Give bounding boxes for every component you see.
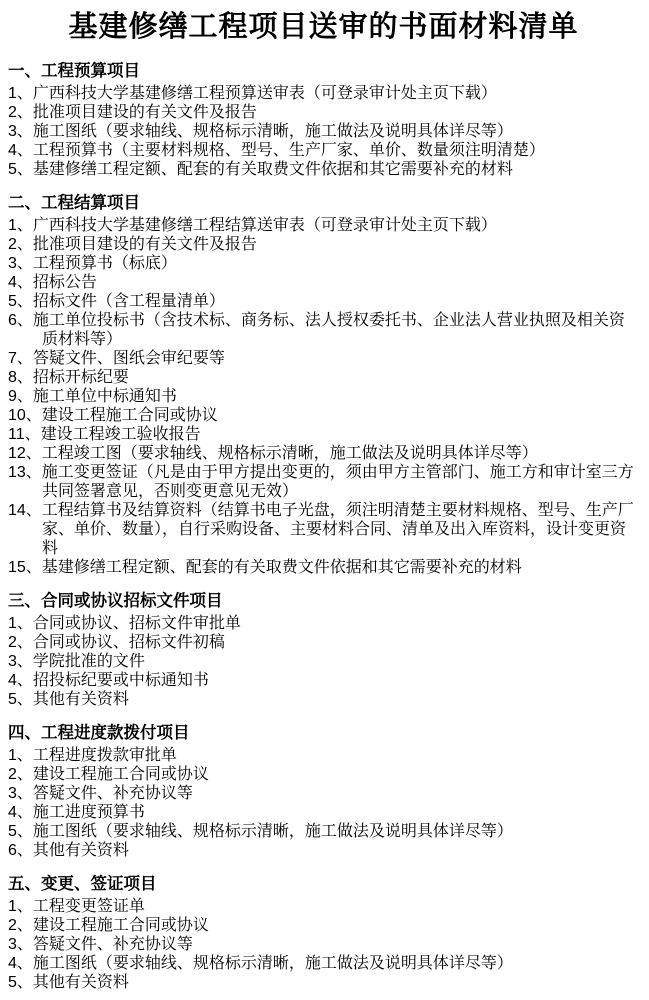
page-title: 基建修缮工程项目送审的书面材料清单 [8, 8, 639, 46]
list-item: 5、招标文件（含工程量清单） [8, 292, 639, 311]
list-item: 4、招标公告 [8, 273, 639, 292]
list-item: 12、工程竣工图（要求轴线、规格标示清晰，施工做法及说明具体详尽等） [8, 444, 639, 463]
section-progress-payment: 四、工程进度款拨付项目 1、工程进度拨款审批单 2、建设工程施工合同或协议 3、… [8, 724, 639, 860]
section-heading: 四、工程进度款拨付项目 [8, 724, 639, 743]
list-item: 4、工程预算书（主要材料规格、型号、生产厂家、单价、数量须注明清楚） [8, 141, 639, 160]
list-item: 2、建设工程施工合同或协议 [8, 916, 639, 935]
section-heading: 五、变更、签证项目 [8, 875, 639, 894]
list-item: 1、工程进度拨款审批单 [8, 746, 639, 765]
list-item: 1、合同或协议、招标文件审批单 [8, 614, 639, 633]
list-item: 1、广西科技大学基建修缮工程预算送审表（可登录审计处主页下载） [8, 84, 639, 103]
list-item: 11、建设工程竣工验收报告 [8, 425, 639, 444]
list-item: 3、工程预算书（标底） [8, 254, 639, 273]
document-page: 基建修缮工程项目送审的书面材料清单 一、工程预算项目 1、广西科技大学基建修缮工… [0, 0, 649, 1000]
list-item: 5、其他有关资料 [8, 690, 639, 709]
list-item: 3、施工图纸（要求轴线、规格标示清晰，施工做法及说明具体详尽等） [8, 122, 639, 141]
list-item: 3、答疑文件、补充协议等 [8, 784, 639, 803]
list-item: 9、施工单位中标通知书 [8, 387, 639, 406]
list-item: 4、施工图纸（要求轴线、规格标示清晰，施工做法及说明具体详尽等） [8, 954, 639, 973]
section-heading: 三、合同或协议招标文件项目 [8, 592, 639, 611]
list-item: 1、工程变更签证单 [8, 897, 639, 916]
list-item: 6、其他有关资料 [8, 841, 639, 860]
list-item: 14、工程结算书及结算资料（结算书电子光盘，须注明清楚主要材料规格、型号、生产厂… [8, 501, 639, 558]
section-heading: 一、工程预算项目 [8, 62, 639, 81]
list-item: 3、答疑文件、补充协议等 [8, 935, 639, 954]
section-contract-bid-docs: 三、合同或协议招标文件项目 1、合同或协议、招标文件审批单 2、合同或协议、招标… [8, 592, 639, 709]
list-item: 5、其他有关资料 [8, 973, 639, 992]
list-item: 10、建设工程施工合同或协议 [8, 406, 639, 425]
list-item: 15、基建修缮工程定额、配套的有关取费文件依据和其它需要补充的材料 [8, 558, 639, 577]
list-item: 2、批准项目建设的有关文件及报告 [8, 103, 639, 122]
list-item: 2、合同或协议、招标文件初稿 [8, 633, 639, 652]
list-item: 7、答疑文件、图纸会审纪要等 [8, 349, 639, 368]
section-settlement: 二、工程结算项目 1、广西科技大学基建修缮工程结算送审表（可登录审计处主页下载）… [8, 194, 639, 577]
section-budget: 一、工程预算项目 1、广西科技大学基建修缮工程预算送审表（可登录审计处主页下载）… [8, 62, 639, 179]
list-item: 4、施工进度预算书 [8, 803, 639, 822]
list-item: 1、广西科技大学基建修缮工程结算送审表（可登录审计处主页下载） [8, 216, 639, 235]
list-item: 2、建设工程施工合同或协议 [8, 765, 639, 784]
list-item: 6、施工单位投标书（含技术标、商务标、法人授权委托书、企业法人营业执照及相关资质… [8, 311, 639, 349]
section-change-visa: 五、变更、签证项目 1、工程变更签证单 2、建设工程施工合同或协议 3、答疑文件… [8, 875, 639, 992]
list-item: 5、基建修缮工程定额、配套的有关取费文件依据和其它需要补充的材料 [8, 160, 639, 179]
section-heading: 二、工程结算项目 [8, 194, 639, 213]
list-item: 13、施工变更签证（凡是由于甲方提出变更的，须由甲方主管部门、施工方和审计室三方… [8, 463, 639, 501]
list-item: 5、施工图纸（要求轴线、规格标示清晰，施工做法及说明具体详尽等） [8, 822, 639, 841]
list-item: 8、招标开标纪要 [8, 368, 639, 387]
list-item: 3、学院批准的文件 [8, 652, 639, 671]
list-item: 4、招投标纪要或中标通知书 [8, 671, 639, 690]
list-item: 2、批准项目建设的有关文件及报告 [8, 235, 639, 254]
